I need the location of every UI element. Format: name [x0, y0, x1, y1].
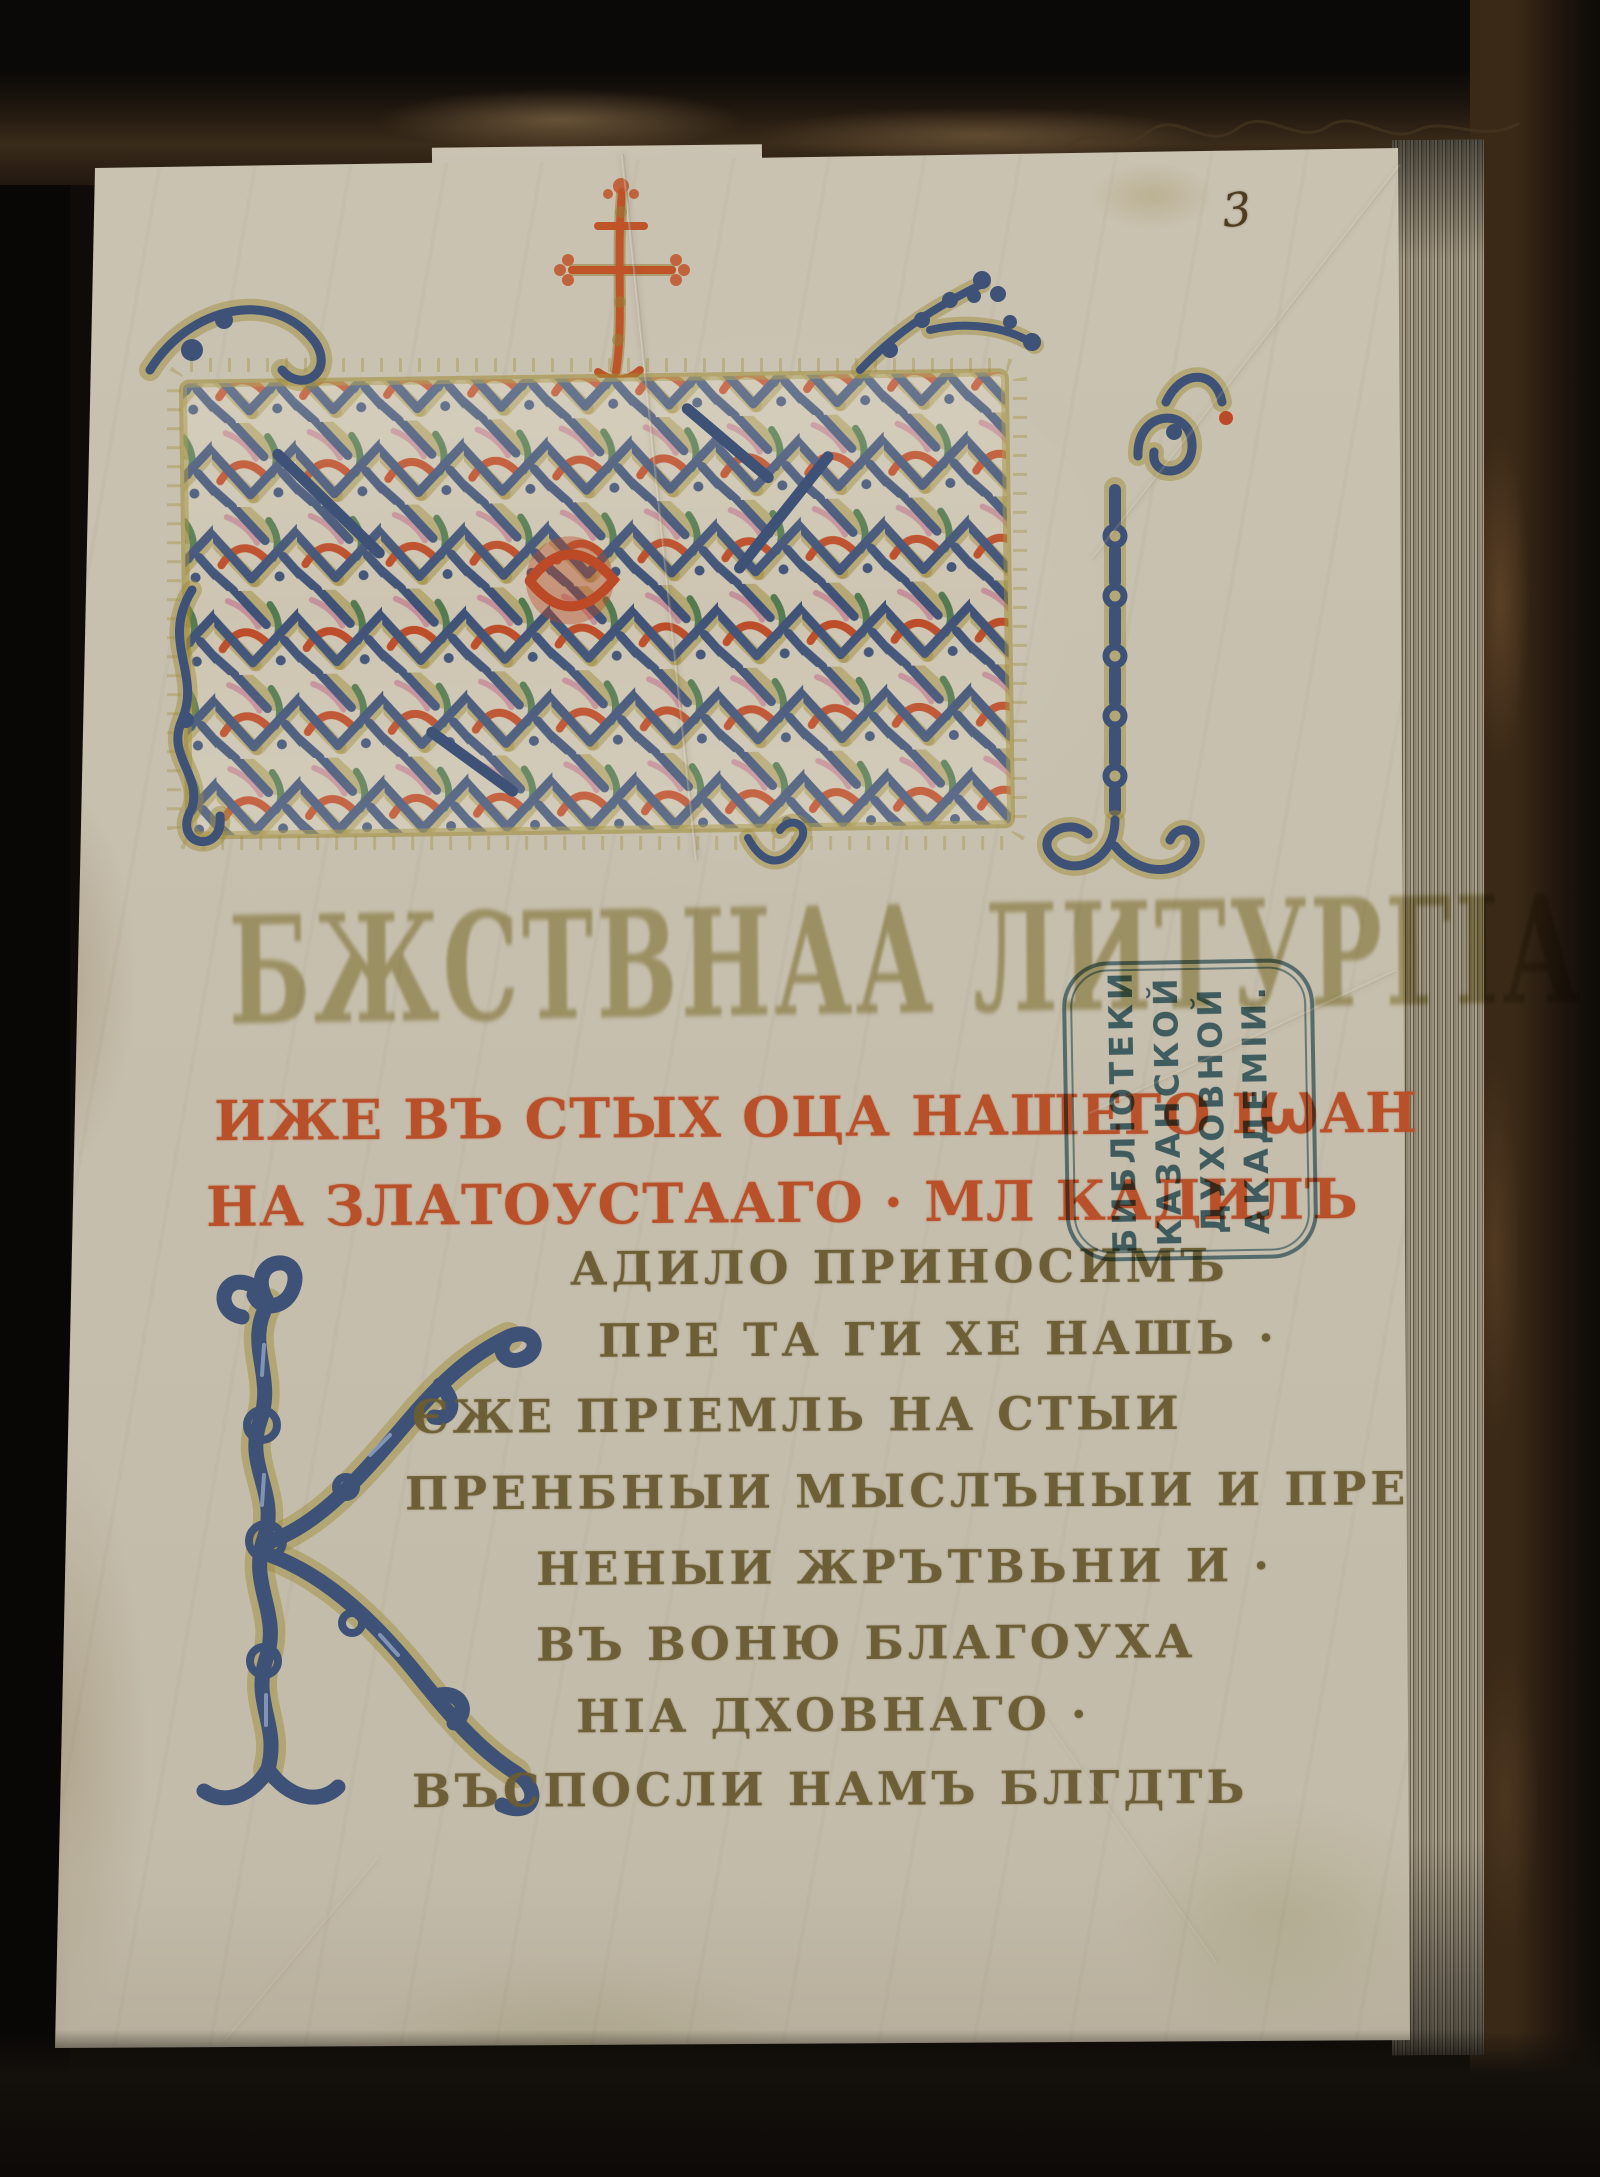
stamp-line: КАЗАНСКОЙ [1147, 974, 1188, 1247]
binding-bottom-edge [0, 2030, 1600, 2177]
ghost-title: БЖСТВНАА ЛИТУРГІА [228, 870, 1109, 1059]
body-line: ВЪСПОСЛИ НАМЪ БЛГДТЬ [412, 1760, 1249, 1818]
leather-cover-right [1470, 0, 1600, 2177]
body-line: ВЪ ВОНЮ БЛАГОУХА [536, 1614, 1197, 1671]
body-line: ПРЕ ТА ГИ ХЕ НАШЬ · [598, 1310, 1278, 1368]
stamp-line: БИБЛІОТЕКИ [1103, 968, 1144, 1254]
body-line: ЄЖЕ ПРІЕМЛЬ НА СТЫИ [412, 1386, 1183, 1444]
folio-number: 3 [1219, 176, 1304, 238]
manuscript-photo: 3 [0, 0, 1600, 2177]
initial-letter-ornament [140, 1225, 570, 1840]
stamp-line: ДУХОВНОЙ [1192, 985, 1233, 1234]
body-line: НЕНЫИ ЖРЪТВЬНИ И · [536, 1538, 1273, 1596]
stamp-line: АКАДЕМІИ. [1236, 983, 1277, 1235]
body-line: ПРЕНБНЫИ МЫСЛЪНЫИ И ПРЕ [405, 1461, 1410, 1520]
headpiece-ornament [130, 250, 1280, 930]
body-line: НІА ДХОВНАГО · [576, 1687, 1091, 1744]
